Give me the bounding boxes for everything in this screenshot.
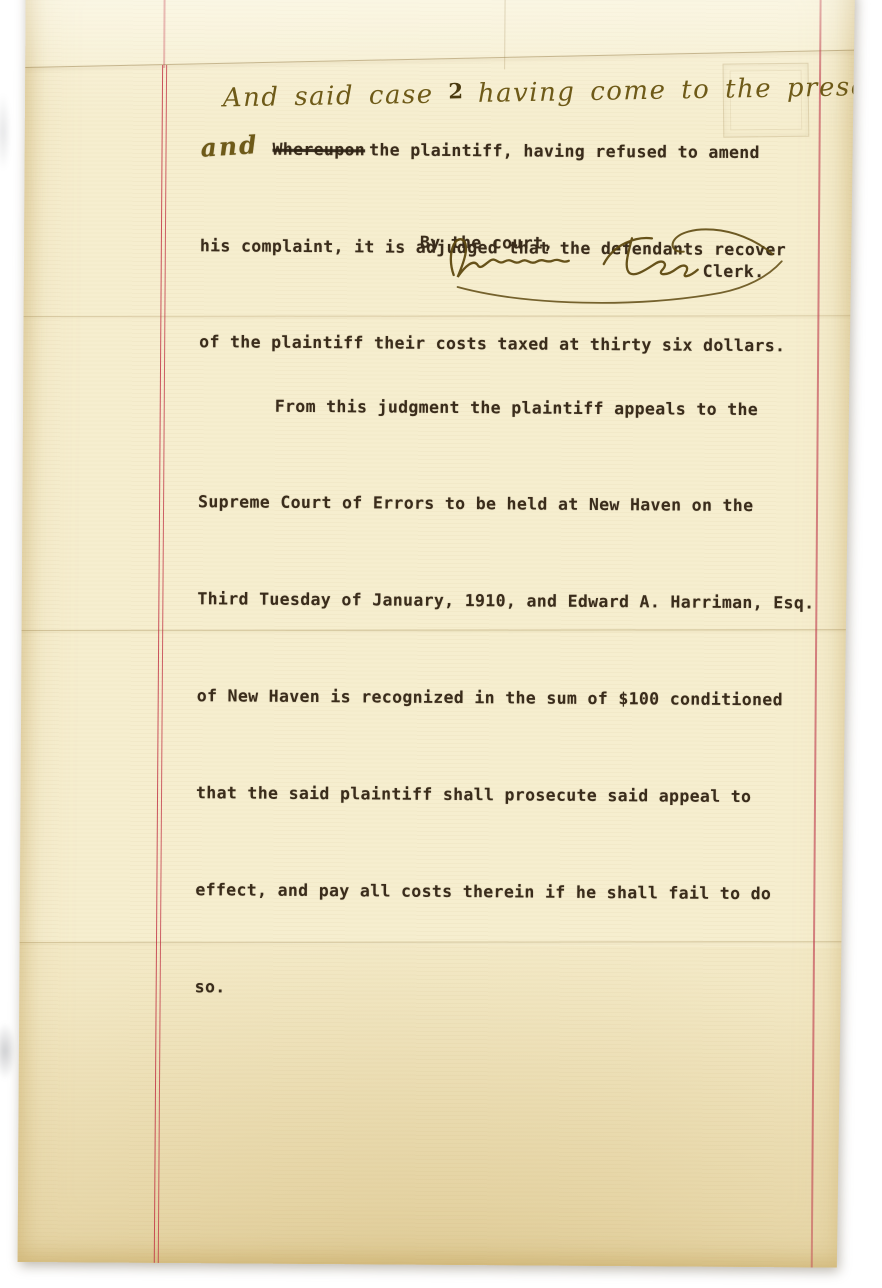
- typed-line: effect, and pay all costs therein if he …: [195, 874, 812, 911]
- handwritten-text-post: having come to the present time,: [478, 70, 882, 109]
- paper-surface: And said case 2 having come to the prese…: [17, 0, 856, 1268]
- typed-line: Third Tuesday of January, 1910, and Edwa…: [197, 584, 814, 621]
- typed-line: so.: [195, 971, 812, 1008]
- scanner-smudge: [0, 1022, 16, 1080]
- scanned-document-page: And said case 2 having come to the prese…: [0, 0, 882, 1288]
- handwritten-text-pre: And said case: [223, 80, 434, 114]
- paper-sheet: And said case 2 having come to the prese…: [26, 0, 856, 1262]
- handwritten-case-number: 2: [448, 78, 463, 103]
- handwritten-word-and: and: [200, 129, 274, 162]
- clerk-label: Clerk.: [703, 262, 765, 281]
- typed-line: Supreme Court of Errors to be held at Ne…: [198, 487, 815, 524]
- typed-line: that the said plaintiff shall prosecute …: [196, 777, 813, 814]
- amended-sentence-line: andWhereuponthe plaintiff, having refuse…: [200, 131, 760, 164]
- appeal-paragraph: From this judgment the plaintiff appeals…: [194, 325, 816, 1072]
- typed-line: From this judgment the plaintiff appeals…: [199, 390, 816, 427]
- scanner-smudge: [0, 92, 11, 172]
- struck-out-word: Whereupon: [272, 140, 365, 160]
- typed-line: of New Haven is recognized in the sum of…: [197, 680, 814, 717]
- typed-continuation: the plaintiff, having refused to amend: [369, 140, 760, 162]
